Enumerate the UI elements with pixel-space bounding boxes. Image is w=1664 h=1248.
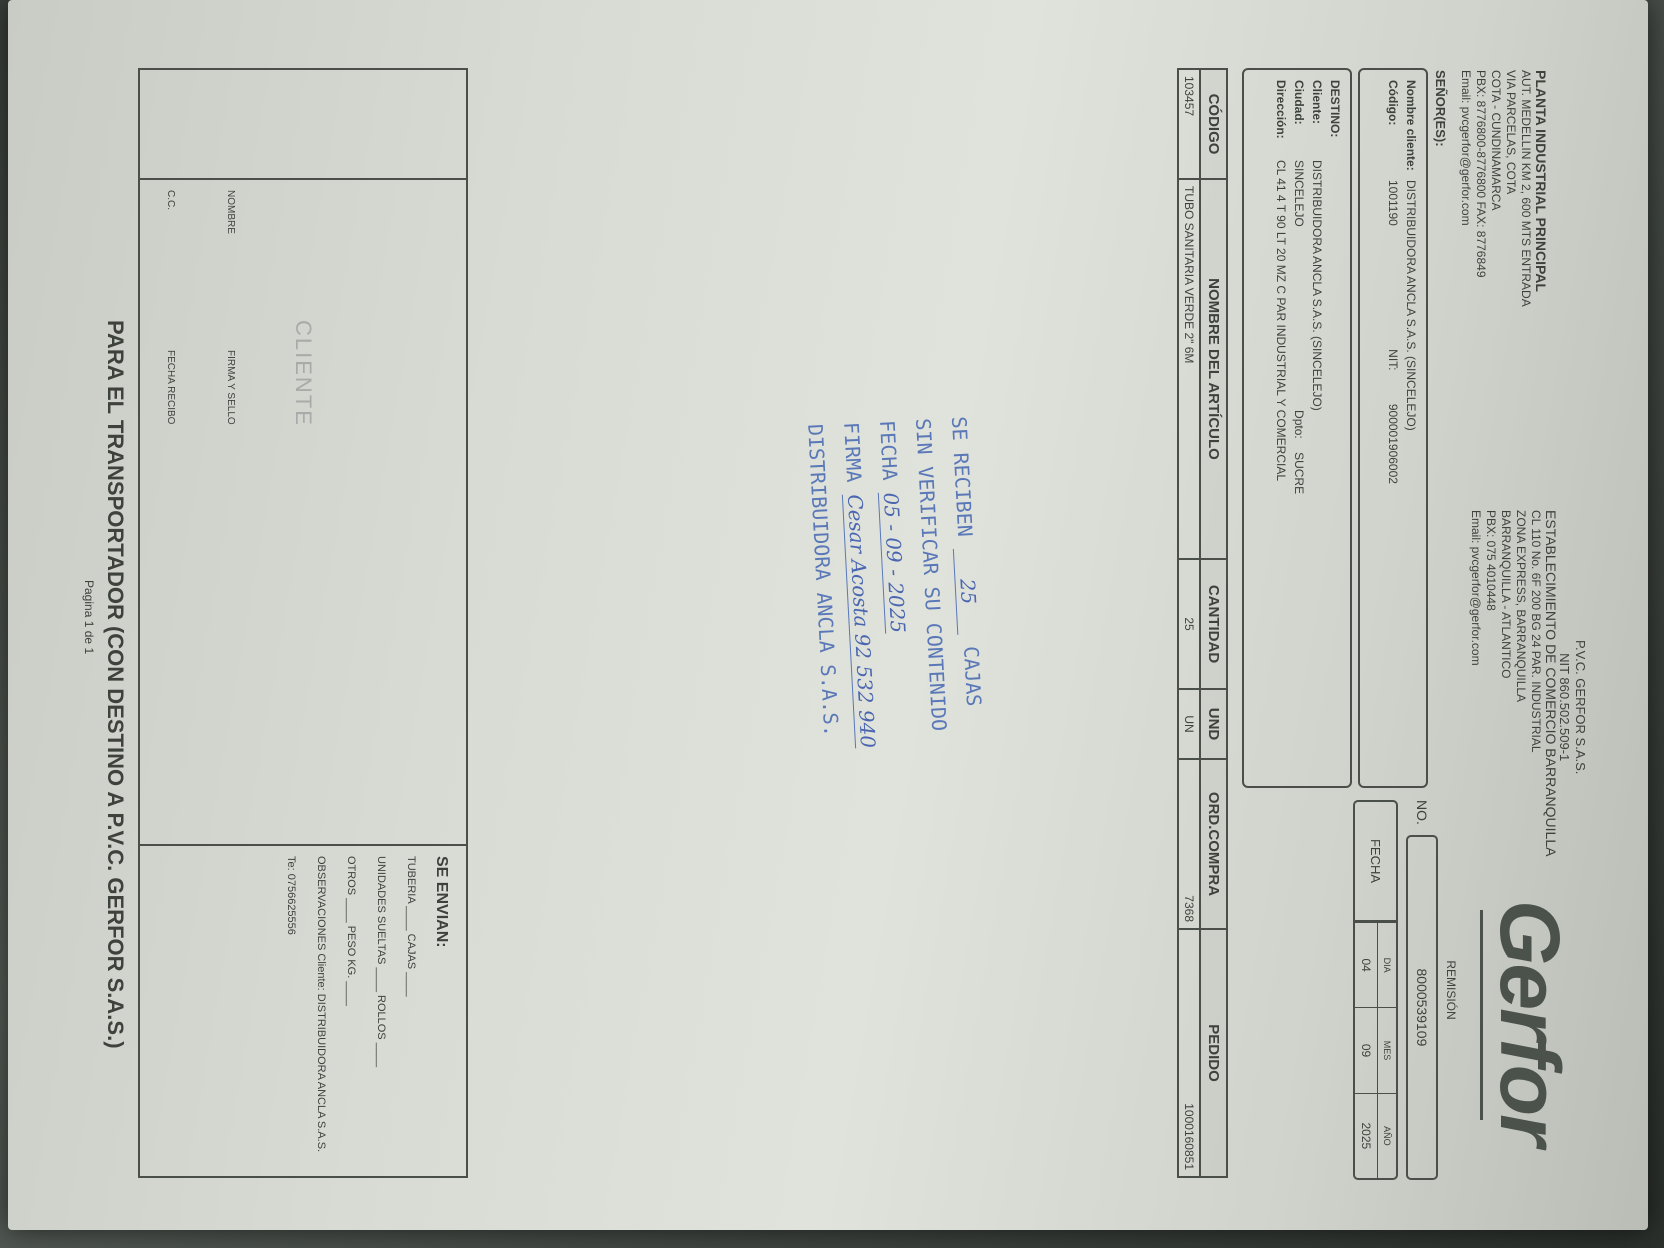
col-code: CÓDIGO <box>1200 69 1227 179</box>
establishment-address: ESTABLECIMIENTO DE COMERCIO BARRANQUILLA… <box>1468 510 1558 910</box>
day-value: 04 <box>1355 922 1377 1007</box>
transporter-box <box>140 70 466 180</box>
page-label: Pagina <box>82 580 96 617</box>
page-of-label: de <box>82 631 96 644</box>
plant-line: Email: pvcgerfor@gerfor.com <box>1458 70 1473 490</box>
name-label: NOMBRE <box>225 190 236 234</box>
footer-title: PARA EL TRANSPORTADOR (CON DESTINO A P.V… <box>102 320 128 1049</box>
signature-section: CLIENTE NOMBRE FIRMA Y SELLO C.C. FECHA … <box>138 68 468 1178</box>
phone: Te: 0756625556 <box>276 856 306 1166</box>
observations-value: Cliente: DISTRIBUIDORA ANCLA S.A.S. <box>315 953 327 1152</box>
dest-client-label: Cliente: <box>1308 80 1326 160</box>
dest-dept: SUCRE <box>1292 452 1306 494</box>
month-header: MES <box>1377 1007 1396 1092</box>
cell-purchase-order: 7368 <box>1178 759 1200 929</box>
client-nit-label: NIT: <box>1386 349 1400 370</box>
cell-quantity: 25 <box>1178 559 1200 689</box>
client-name: DISTRIBUIDORA ANCLA S.A.S. (SINCELEJO) <box>1404 180 1418 431</box>
col-order: PEDIDO <box>1200 929 1227 1177</box>
rolls-label: ROLLOS <box>375 995 387 1040</box>
company-name: P.V.C. GERFOR S.A.S. <box>1572 640 1588 774</box>
observations-label: OBSERVACIONES <box>315 856 327 950</box>
paper-sheet: P.V.C. GERFOR S.A.S. NIT 860.502.509-1 P… <box>8 0 1648 1230</box>
shipment-title: SE ENVIAN: <box>426 856 456 1166</box>
col-name: NOMBRE DEL ARTÍCULO <box>1200 179 1227 559</box>
dest-dept-label: Dpto: <box>1292 410 1306 439</box>
cell-order: 1000160851 <box>1178 929 1200 1177</box>
plant-line: PBX: 8776800-8776800 FAX: 8776849 <box>1473 70 1488 490</box>
senores-label: SEÑOR(ES): <box>1433 70 1448 147</box>
others-label: OTROS <box>345 856 357 895</box>
remission-box: REMISIÓN NO. 8000539109 FECHA DIA MES AÑ… <box>1353 800 1458 1180</box>
boxes-label: CAJAS <box>405 934 417 969</box>
receipt-date-label: FECHA RECIBO <box>165 350 176 424</box>
loose-units-label: UNIDADES SUELTAS <box>375 856 387 964</box>
dest-client: DISTRIBUIDORA ANCLA S.A.S. (SINCELEJO) <box>1310 160 1324 411</box>
establishment-line: ZONA EXPRESS, BARRANQUILLA <box>1513 510 1528 910</box>
plant-address: PLANTA INDUSTRIAL PRINCIPAL AUT. MEDELLI… <box>1458 70 1548 490</box>
plant-line: COTA - CUNDINAMARCA <box>1488 70 1503 490</box>
remission-no-label: NO. <box>1414 800 1430 825</box>
year-value: 2025 <box>1355 1093 1377 1178</box>
stamp-unit: CAJAS <box>959 646 986 707</box>
page-number: 1 <box>82 621 96 628</box>
cc-label: C.C. <box>165 190 176 210</box>
dest-address: CL 41 4 T 90 LT 20 MZ C PAR INDUSTRIAL Y… <box>1274 160 1288 481</box>
establishment-line: Email: pvcgerfor@gerfor.com <box>1468 510 1483 910</box>
establishment-line: PBX: 075 4010448 <box>1483 510 1498 910</box>
dest-address-label: Dirección: <box>1272 80 1290 160</box>
stamp-received-label: SE RECIBEN <box>947 416 977 538</box>
cell-name: TUBO SANITARIA VERDE 2" 6M <box>1178 179 1200 559</box>
client-box: Nombre cliente:DISTRIBUIDORA ANCLA S.A.S… <box>1358 68 1428 788</box>
cell-unit: UN <box>1178 689 1200 759</box>
pipe-label: TUBERIA <box>405 856 417 903</box>
stamp-received-qty: 25 <box>953 548 982 635</box>
remission-title: REMISIÓN <box>1444 800 1458 1180</box>
stamp-date-value: 05 - 09 - 2025 <box>878 492 910 634</box>
logo-underline <box>1480 910 1483 1120</box>
col-purchase-order: ORD.COMPRA <box>1200 759 1227 929</box>
received-stamp: SE RECIBEN 25 CAJAS SIN VERIFICAR SU CON… <box>797 416 999 845</box>
client-code: 1001190 <box>1386 180 1400 226</box>
company-header: P.V.C. GERFOR S.A.S. NIT 860.502.509-1 <box>1556 640 1588 774</box>
client-nit: 900001906002 <box>1386 404 1400 484</box>
weight-label: PESO KG. <box>345 926 357 979</box>
client-stamp-watermark: CLIENTE <box>290 320 316 427</box>
day-header: DIA <box>1377 922 1396 1007</box>
plant-line: VIA PARCELAS, COTA <box>1503 70 1518 490</box>
page-total: 1 <box>82 647 96 654</box>
cell-code: 103457 <box>1178 69 1200 179</box>
stamp-date-label: FECHA <box>875 420 902 481</box>
page-indicator: Pagina 1 de 1 <box>82 580 96 654</box>
dest-city-label: Ciudad: <box>1290 80 1308 160</box>
year-header: AÑO <box>1377 1093 1396 1178</box>
table-row: 103457 TUBO SANITARIA VERDE 2" 6M 25 UN … <box>1178 69 1200 1177</box>
items-table: CÓDIGO NOMBRE DEL ARTÍCULO CANTIDAD UND … <box>1177 68 1228 1178</box>
date-box: FECHA DIA MES AÑO 04 09 2025 <box>1353 800 1398 1180</box>
remission-document: P.V.C. GERFOR S.A.S. NIT 860.502.509-1 P… <box>48 40 1608 1200</box>
shipment-box: SE ENVIAN: TUBERIA ____ CAJAS ____ UNIDA… <box>140 846 466 1176</box>
signature-label: FIRMA Y SELLO <box>225 350 236 425</box>
gerfor-logo: Gerfor <box>1481 900 1578 1145</box>
plant-title: PLANTA INDUSTRIAL PRINCIPAL <box>1533 70 1548 490</box>
destination-label: DESTINO: <box>1326 80 1344 776</box>
dest-city: SINCELEJO <box>1292 160 1306 227</box>
month-value: 09 <box>1355 1007 1377 1092</box>
establishment-line: BARRANQUILLA - ATLANTICO <box>1498 510 1513 910</box>
plant-line: AUT. MEDELLIN KM 2, 600 MTS ENTRADA <box>1518 70 1533 490</box>
destination-box: DESTINO: Cliente:DISTRIBUIDORA ANCLA S.A… <box>1242 68 1352 788</box>
client-code-label: Código: <box>1384 80 1402 180</box>
date-label: FECHA <box>1355 802 1396 922</box>
col-quantity: CANTIDAD <box>1200 559 1227 689</box>
establishment-title: ESTABLECIMIENTO DE COMERCIO BARRANQUILLA <box>1543 510 1558 910</box>
establishment-line: CL 110 No. 6F 200 BG 24 PAR. INDUSTRIAL <box>1528 510 1543 910</box>
stamp-signature-label: FIRMA <box>839 422 866 483</box>
col-unit: UND <box>1200 689 1227 759</box>
remission-number: 8000539109 <box>1406 835 1438 1180</box>
client-name-label: Nombre cliente: <box>1402 80 1420 180</box>
client-signature-box: CLIENTE NOMBRE FIRMA Y SELLO C.C. FECHA … <box>140 180 466 846</box>
